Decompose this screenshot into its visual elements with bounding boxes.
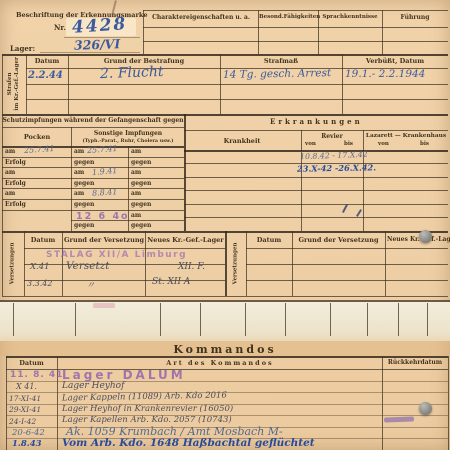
pocken-erfolg-1: Erfolg xyxy=(5,159,26,166)
sonstige2-gegen-1: gegen xyxy=(131,159,151,166)
sonstige1-gegen-4: gegen xyxy=(74,222,94,229)
v-row1-neues: XII. F. xyxy=(178,262,205,272)
sonstige1-am-2: am xyxy=(74,169,84,176)
strafen-col-verbuesst: Verbüßt, Datum xyxy=(344,57,446,65)
dalum-stamp-text: Lager DALUM xyxy=(62,368,186,382)
strafen-row1-verbuesst: 19.1.- 2.2.1944 xyxy=(345,68,425,80)
traits-col-conduct: Führung xyxy=(383,14,447,21)
col-lazarett: Lazarett — Krankenhaus xyxy=(364,133,448,139)
k-row2-datum: 17-XI-41 xyxy=(9,394,41,403)
dalum-stamp-date: 11. 8. 41 xyxy=(10,370,63,380)
sonstige2-gegen-3: gegen xyxy=(131,201,151,208)
strafen-col-datum: Datum xyxy=(27,57,67,65)
k-row4-art: Lager Kapellen Arb. Kdo. 2057 (10743) xyxy=(62,415,232,425)
sonstige-date3-hw: 8.8.41 xyxy=(92,187,118,198)
pocken-am-3: am xyxy=(5,190,15,197)
v-row1-grund: Versetzt xyxy=(66,260,109,272)
revier-von: von xyxy=(305,141,316,147)
date-stamp: 12 6 4o xyxy=(76,211,130,222)
v-row2-neues: St. XII A xyxy=(152,277,190,287)
lager-number-handwritten: 326/VI xyxy=(74,36,121,53)
underlying-card-edge xyxy=(0,302,450,341)
pocken-am-1: am xyxy=(5,148,15,155)
strafen-col-strafmass: Strafmaß xyxy=(222,57,340,65)
id-number-handwritten: 4428 xyxy=(71,14,128,38)
impfungen-col-pocken: Pocken xyxy=(4,133,70,141)
sonstige2-gegen-4: gegen xyxy=(131,222,151,229)
k-row6-datum: 1.8.43 xyxy=(12,439,42,449)
kommandos-title: Kommandos xyxy=(150,343,300,356)
lazarett-bis: bis xyxy=(420,141,429,147)
k-row4-datum: 24-I-42 xyxy=(9,417,36,426)
traits-col-abilities: Besond.Fähigkeiten xyxy=(259,14,317,20)
impfungen-col-sonstige: Sonstige Impfungen xyxy=(72,130,184,137)
pen-mark xyxy=(356,209,362,217)
sonstige2-gegen-2: gegen xyxy=(131,180,151,187)
sonstige2-am-3: am xyxy=(131,190,141,197)
versetzungen-side-label-left: Versetzungen xyxy=(2,231,24,296)
erkrankungen-title: Erkrankungen xyxy=(270,117,363,126)
pocken-erfolg-3: Erfolg xyxy=(5,201,26,208)
stalag-stamp: STALAG XII/A Limburg xyxy=(46,250,187,260)
strafen-row1-strafmass: 14 Tg. gesch. Arrest xyxy=(223,67,331,81)
hole-punch-bottom xyxy=(419,402,432,415)
sonstige1-gegen-2: gegen xyxy=(74,180,94,187)
impfungen-col-sonstige-sub: (Typh.-Parat., Ruhr, Cholera usw.) xyxy=(72,138,184,144)
sonstige1-am-3: am xyxy=(74,190,84,197)
impfungen-title: Schutzimpfungen während der Gefangenscha… xyxy=(2,117,184,124)
strafen-side-label: Strafen im Kr.-Gef.-Lager xyxy=(2,54,26,114)
sonstige-date1-hw: 25.7.41 xyxy=(87,144,118,155)
strafen-row1-datum: 2.2.44 xyxy=(28,70,63,81)
sonstige1-am-1: am xyxy=(74,148,84,155)
v-row1-datum: X.41 xyxy=(30,262,50,272)
k-row1-datum: X 41. xyxy=(16,382,37,391)
versetzungen-side-label-right: Versetzungen xyxy=(225,231,246,296)
v-left-col-neues: Neues Kr.-Gef.-Lager xyxy=(147,236,224,244)
k-row1-art: Lager Heyhof xyxy=(62,381,124,391)
sonstige2-am-2: am xyxy=(131,169,141,176)
traits-col-character: Charaktereigenschaften u. a. xyxy=(146,14,256,21)
col-revier: Revier xyxy=(302,133,362,140)
v-left-col-datum: Datum xyxy=(25,236,61,244)
k-row3-datum: 29-XI-41 xyxy=(9,405,41,414)
k-col-art: Art des Kommandos xyxy=(59,359,381,367)
sonstige2-am-4: am xyxy=(131,212,141,219)
v-row2-grund: 〃 xyxy=(86,278,95,291)
traits-col-languages: Sprachkenntnisse xyxy=(319,14,381,20)
k-row3-art: Lager Heyhof in Krankenrevier (16050) xyxy=(62,404,233,414)
sonstige2-am-1: am xyxy=(131,148,141,155)
sonstige1-gegen-1: gegen xyxy=(74,159,94,166)
revier-bis: bis xyxy=(344,141,353,147)
pow-record-card: Beschriftung der Erkennungsmarke Nr. 442… xyxy=(0,0,450,450)
small-stamp-mark xyxy=(384,416,414,422)
revier-entry2-hw: 23.X-42 -26.X.42. xyxy=(297,162,376,173)
v-right-col-datum: Datum xyxy=(247,236,291,244)
pocken-erfolg-2: Erfolg xyxy=(5,180,26,187)
revier-entry1-hw: 10.8.42 - 17.X.42 xyxy=(300,150,368,161)
pocken-date1-hw: 25.7.41 xyxy=(24,144,55,155)
lager-label: Lager: xyxy=(10,44,35,53)
sonstige1-gegen-3: gegen xyxy=(74,201,94,208)
lazarett-von: von xyxy=(378,141,389,147)
pocken-am-2: am xyxy=(5,169,15,176)
v-left-col-grund: Grund der Versetzung xyxy=(64,236,144,244)
v-row2-datum: 3.3.42 xyxy=(27,279,52,288)
hole-punch-top xyxy=(419,230,432,243)
nr-label: Nr. xyxy=(54,23,66,32)
k-row5-datum: 20-6-42 xyxy=(12,428,45,438)
stamp-residue xyxy=(93,303,115,308)
v-right-col-grund: Grund der Versetzung xyxy=(294,236,383,244)
sonstige-date2-hw: 1.9.41 xyxy=(92,166,118,177)
pen-mark xyxy=(342,204,348,213)
k-col-datum: Datum xyxy=(7,359,56,367)
k-row6-art: Vom Arb. Kdo. 1648 Haßbachtal geflüchtet xyxy=(62,437,315,449)
k-col-rueckkehr: Rückkehrdatum xyxy=(383,359,447,366)
k-row2-art: Lager Kappeln (11089) Arb. Kdo 2016 xyxy=(62,391,227,404)
col-krankheit: Krankheit xyxy=(186,137,298,145)
v-right-col-neues: Neues Kr.-Gef.-Lager xyxy=(387,236,446,243)
strafen-row1-grund: 2. Flucht xyxy=(100,64,164,82)
